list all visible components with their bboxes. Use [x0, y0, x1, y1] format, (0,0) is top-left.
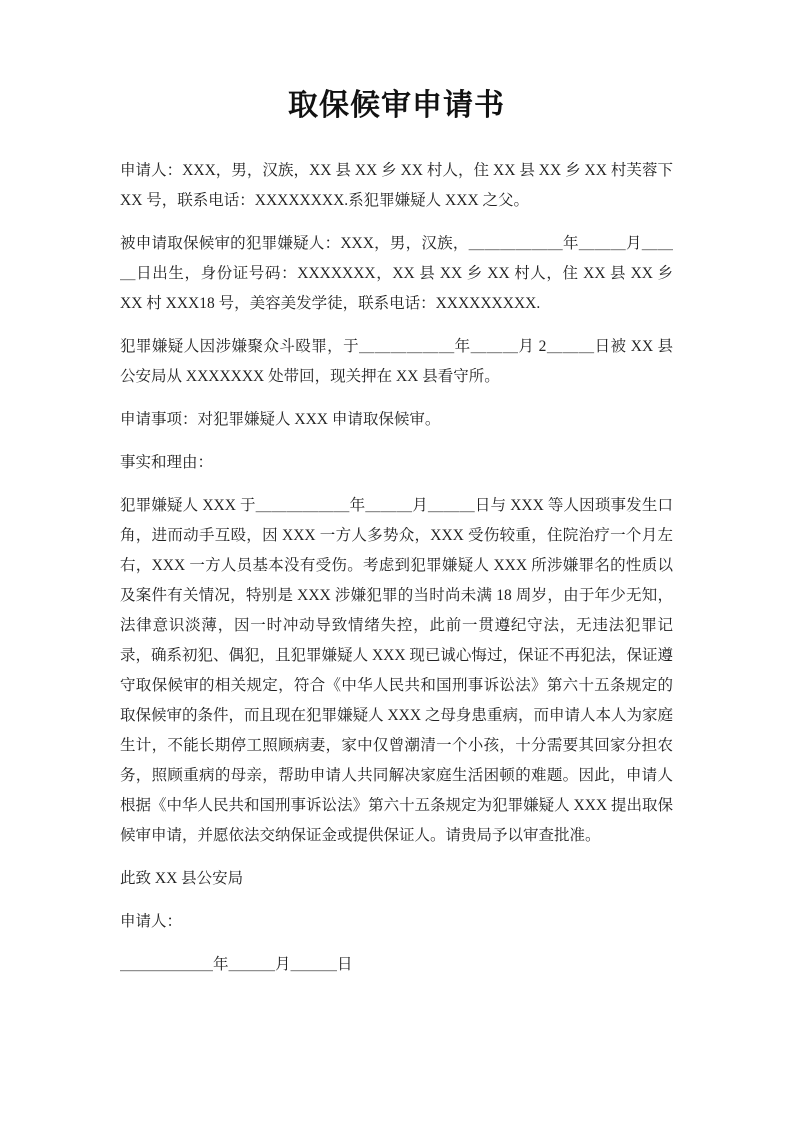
document-title: 取保候审申请书: [120, 86, 673, 126]
paragraph-signature-label: 申请人：: [120, 907, 673, 937]
paragraph-addressee: 此致 XX 县公安局: [120, 864, 673, 894]
document-page: 取保候审申请书 申请人：XXX，男，汉族，XX 县 XX 乡 XX 村人，住 X…: [0, 0, 793, 1122]
paragraph-facts-reasons-heading: 事实和理由：: [120, 448, 673, 478]
paragraph-facts-reasons-body: 犯罪嫌疑人 XXX 于＿＿＿＿＿＿年＿＿＿月＿＿＿日与 XXX 等人因琐事发生口…: [120, 491, 673, 851]
paragraph-case-summary: 犯罪嫌疑人因涉嫌聚众斗殴罪，于＿＿＿＿＿＿年＿＿＿月 2＿＿＿日被 XX 县公安…: [120, 332, 673, 392]
paragraph-suspect-info: 被申请取保候审的犯罪嫌疑人：XXX，男，汉族，＿＿＿＿＿＿年＿＿＿月＿＿＿日出生…: [120, 229, 673, 319]
paragraph-applicant-info: 申请人：XXX，男，汉族，XX 县 XX 乡 XX 村人，住 XX 县 XX 乡…: [120, 156, 673, 216]
paragraph-date-line: ＿＿＿＿＿＿年＿＿＿月＿＿＿日: [120, 950, 673, 980]
document-body: 申请人：XXX，男，汉族，XX 县 XX 乡 XX 村人，住 XX 县 XX 乡…: [120, 156, 673, 980]
paragraph-request-item: 申请事项：对犯罪嫌疑人 XXX 申请取保候审。: [120, 405, 673, 435]
